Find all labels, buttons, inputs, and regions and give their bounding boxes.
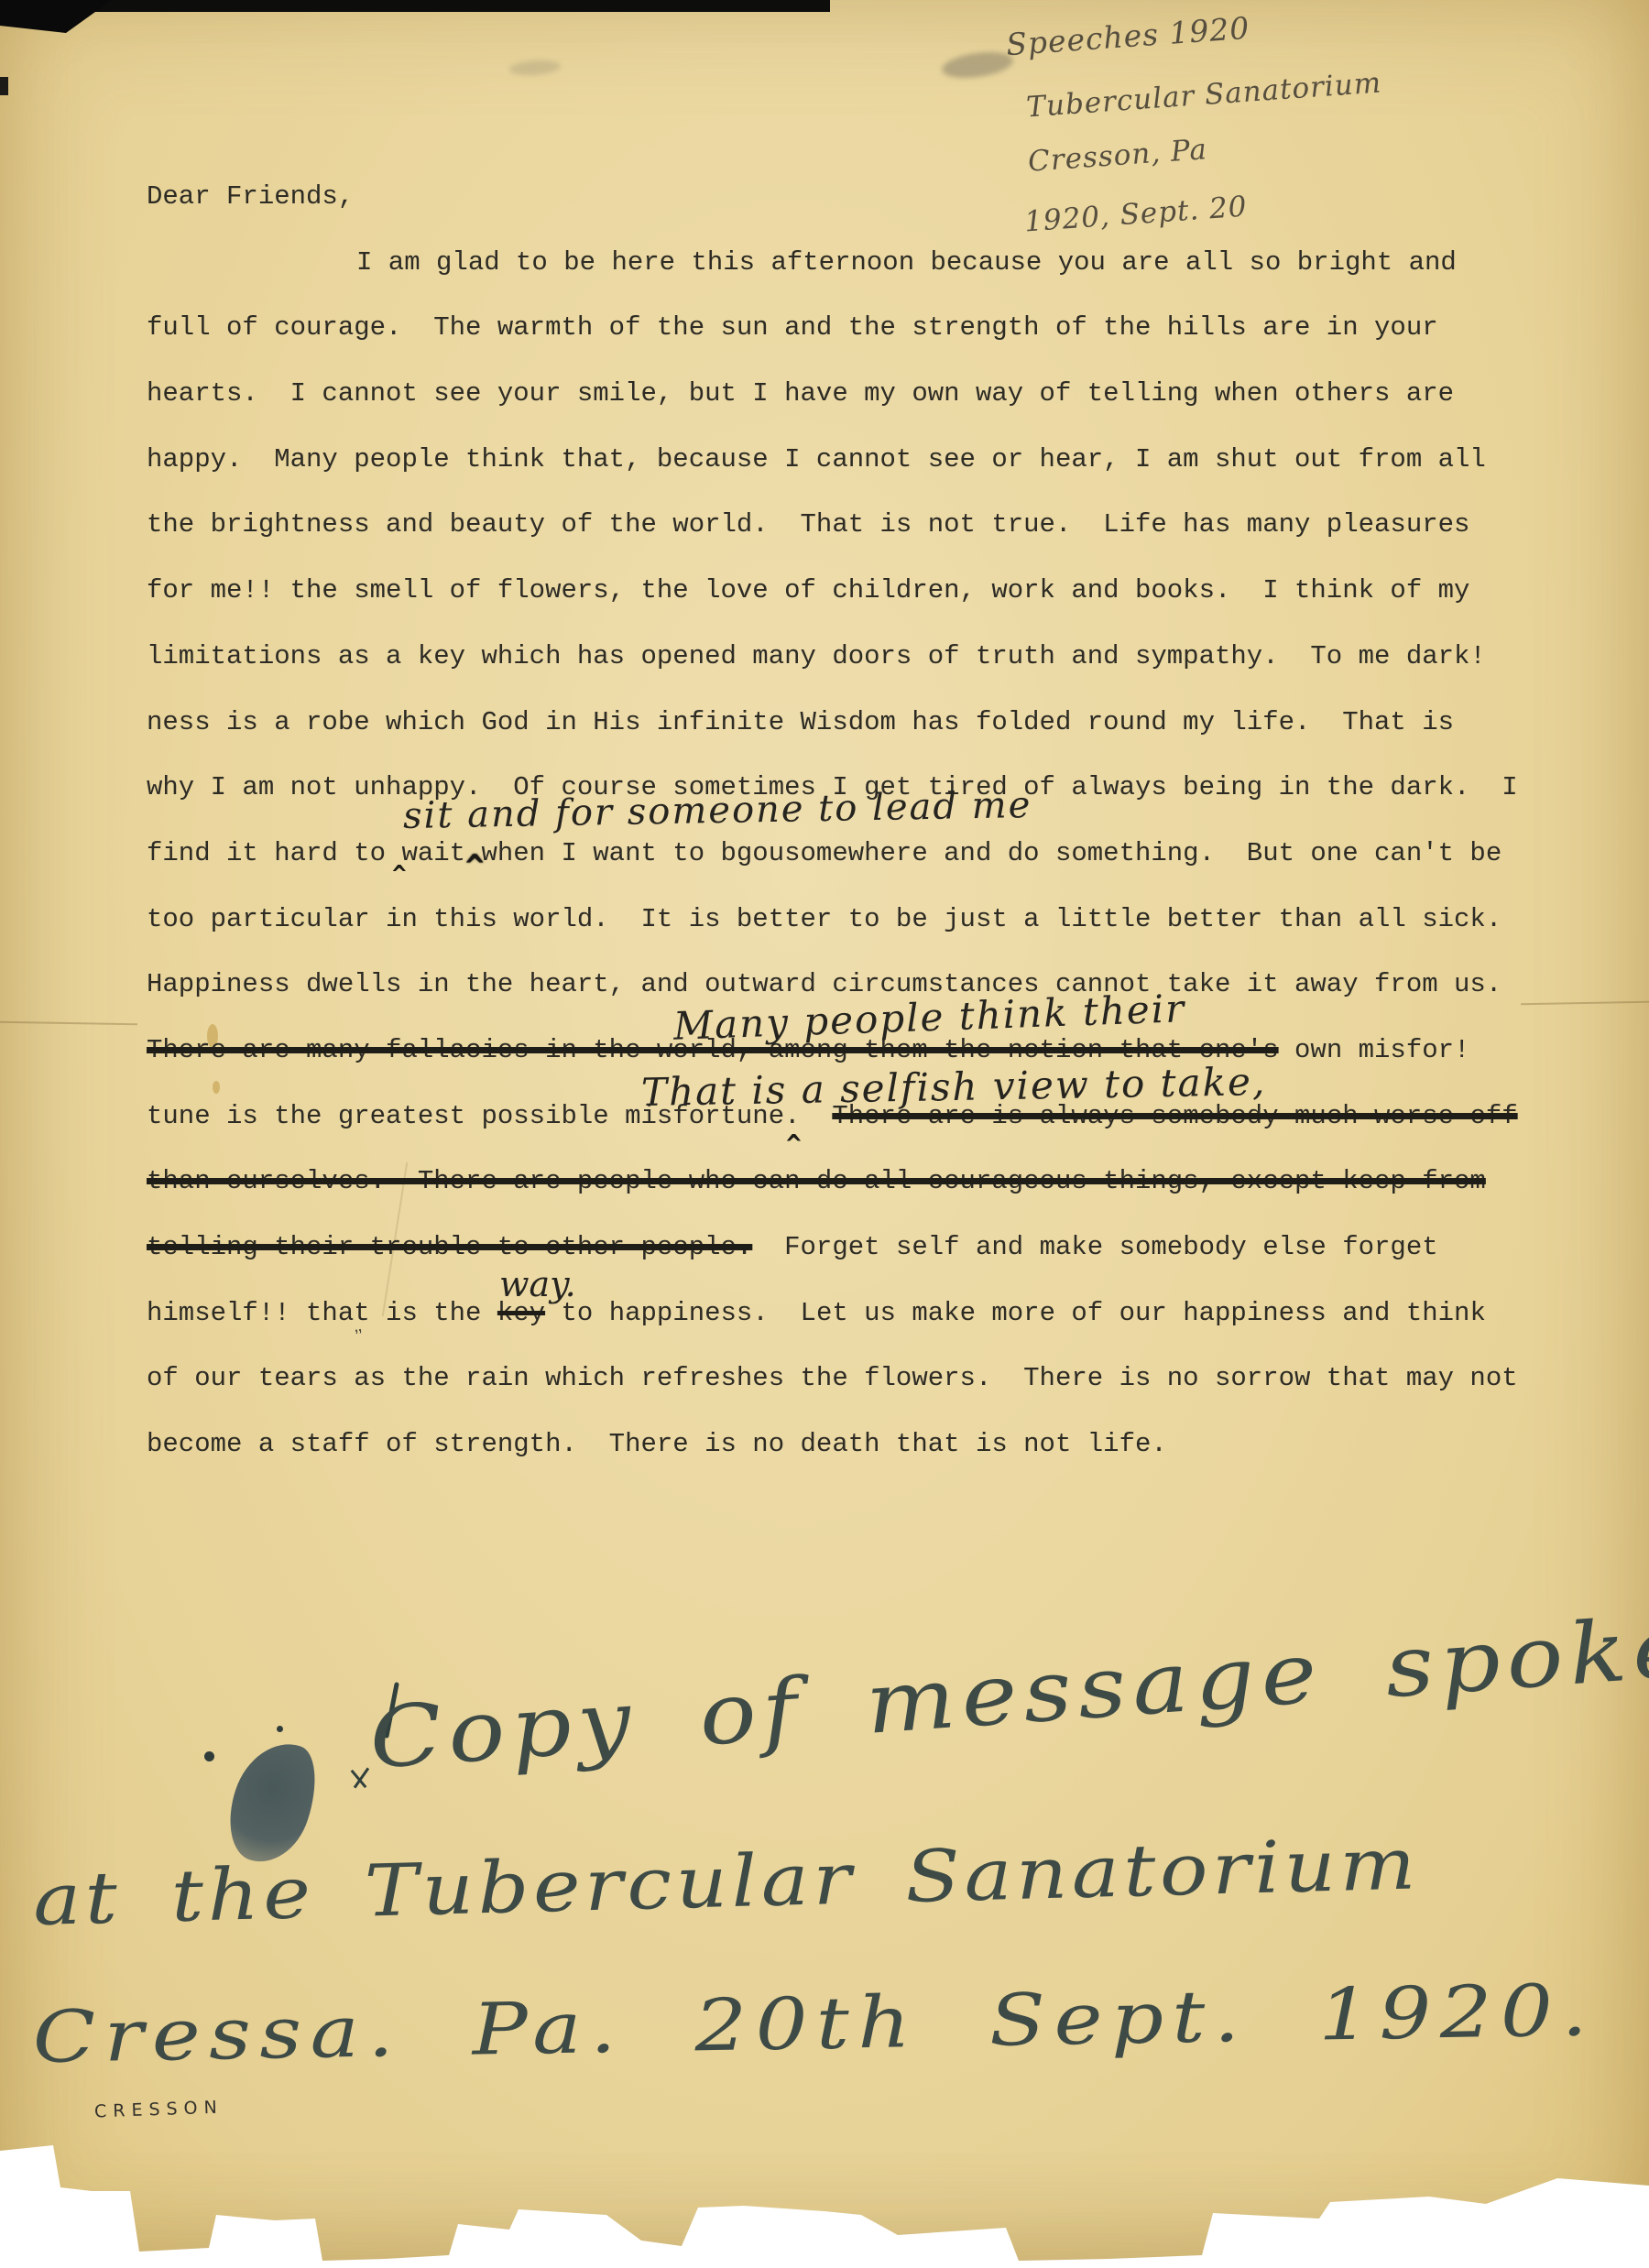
typed-line: ness is a robe which God in His infinite… — [147, 690, 1576, 756]
typed-text: himself!! that is the — [147, 1298, 497, 1328]
typed-text: of our tears as the rain which refreshes… — [147, 1363, 1518, 1393]
corner-note-line: Tubercular Sanatorium — [1025, 66, 1382, 124]
typed-text: happy. Many people think that, because I… — [147, 444, 1486, 474]
typed-line: full of courage. The warmth of the sun a… — [147, 295, 1576, 361]
caret-mark: ^ — [465, 848, 484, 885]
typed-text: I am glad to be here this afternoon beca… — [356, 247, 1457, 278]
typed-text: limitations as a key which has opened ma… — [147, 641, 1486, 671]
strikethrough-text: telling their trouble to other people. — [147, 1232, 752, 1262]
ink-dot — [204, 1751, 214, 1761]
ink-dot — [277, 1726, 283, 1732]
printed-cresson-label: CRESSON — [94, 2098, 224, 2122]
pencil-smudge — [509, 59, 562, 77]
typed-line: I am glad to be here this afternoon beca… — [147, 230, 1576, 296]
typed-text: full of courage. The warmth of the sun a… — [147, 312, 1438, 343]
typed-text: ness is a robe which God in His infinite… — [147, 707, 1454, 737]
salutation-text: Dear Friends, — [147, 181, 354, 212]
typed-line: limitations as a key which has opened ma… — [147, 624, 1576, 690]
typed-line: than ourselves. There are people who can… — [147, 1149, 1576, 1215]
handwritten-insert-way: way. — [499, 1264, 576, 1304]
typed-text: to happiness. Let us make more of our ha… — [545, 1298, 1486, 1328]
strikethrough-text: than ourselves. There are people who can… — [147, 1166, 1486, 1196]
typed-line: happy. Many people think that, because I… — [147, 427, 1576, 493]
caret-mark: ^ — [392, 861, 407, 889]
typed-text: own misfor! — [1279, 1035, 1470, 1065]
paper: Speeches 1920 Tubercular Sanatorium Cres… — [0, 0, 1649, 2268]
typed-line: hearts. I cannot see your smile, but I h… — [147, 361, 1576, 427]
typed-line: for me!! the smell of flowers, the love … — [147, 558, 1576, 624]
typed-text: Forget self and make somebody else forge… — [752, 1232, 1437, 1262]
scanner-black-band — [0, 0, 830, 12]
typed-line: find it hard to wait when I want to bgou… — [147, 821, 1576, 887]
edge-tear-mark — [0, 77, 8, 95]
scanned-letter: Speeches 1920 Tubercular Sanatorium Cres… — [0, 0, 1649, 2268]
typed-text: hearts. I cannot see your smile, but I h… — [147, 378, 1454, 409]
typed-line: telling their trouble to other people. F… — [147, 1215, 1576, 1281]
footer-handwriting-line-1: Copy of message spoken — [366, 1593, 1649, 1788]
typed-line: become a staff of strength. There is no … — [147, 1412, 1576, 1477]
salutation: Dear Friends, — [147, 164, 1576, 230]
typed-text: become a staff of strength. There is no … — [147, 1429, 1167, 1459]
crease-left — [0, 1021, 137, 1026]
typed-line: of our tears as the rain which refreshes… — [147, 1346, 1576, 1412]
caret-mark: ^ — [786, 1129, 802, 1159]
typed-text: Happiness dwells in the heart, and outwa… — [147, 969, 1502, 999]
corner-note-line: Speeches 1920 — [1005, 10, 1251, 62]
typed-text: find it hard to wait when I want to bgou… — [147, 838, 1502, 868]
typed-text: the brightness and beauty of the world. … — [147, 509, 1469, 540]
pencil-smudge — [941, 49, 1015, 82]
typed-text: too particular in this world. It is bett… — [147, 904, 1502, 934]
footer-handwriting-line-3: Cressa. Pa. 20th Sept. 1920. — [32, 1969, 1597, 2079]
typed-text: for me!! the smell of flowers, the love … — [147, 575, 1469, 605]
typed-line: too particular in this world. It is bett… — [147, 887, 1576, 953]
typed-line: the brightness and beauty of the world. … — [147, 492, 1576, 558]
